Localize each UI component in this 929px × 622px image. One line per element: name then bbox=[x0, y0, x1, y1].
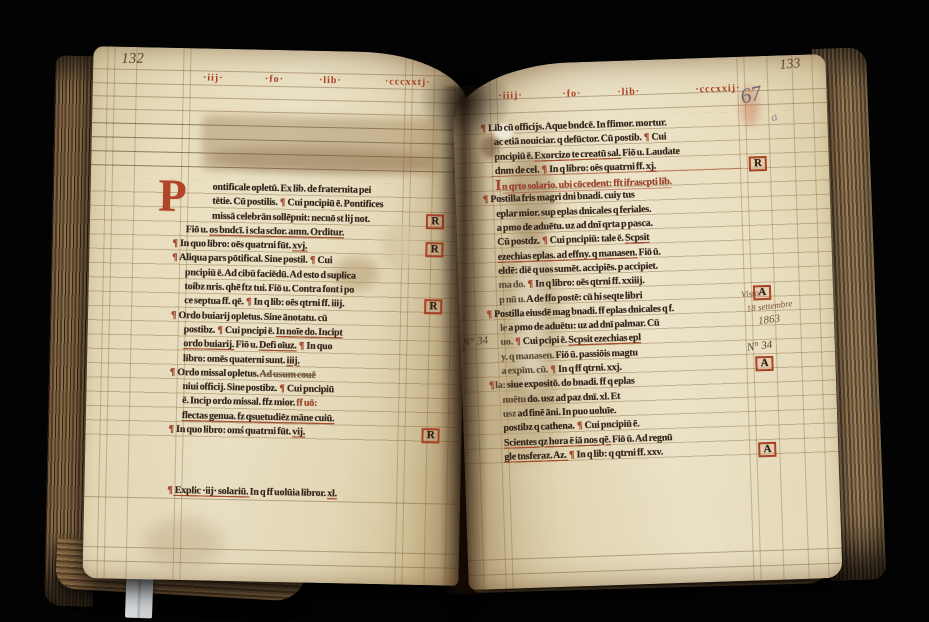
folio-header-item: ·lib· bbox=[319, 75, 342, 86]
text-segment: uo. bbox=[500, 337, 514, 348]
text-segment: Aliqua pars pōtifical. Sine postil. bbox=[178, 252, 309, 266]
paraph-mark: ¶ bbox=[170, 367, 175, 378]
text-segment: Fiō u. Laudate bbox=[621, 145, 680, 158]
text-segment: Scpsit ezechias epl bbox=[568, 333, 641, 346]
page-number-left: 132 bbox=[121, 51, 144, 68]
text-segment: Fiō u. bbox=[186, 224, 210, 235]
text-segment: xvj. bbox=[292, 241, 307, 252]
paraph-mark: ¶ bbox=[246, 297, 251, 308]
text-segment: pncipiū ē. bbox=[494, 150, 534, 162]
text-segment: ce septua ff. qē. bbox=[184, 295, 245, 307]
text-segment: os bndcī. i scla sclor. amn. Orditur. bbox=[209, 224, 344, 238]
paraph-mark: ¶ bbox=[569, 449, 575, 460]
paraph-mark: ¶ bbox=[167, 485, 172, 496]
text-segment: gle tnsferaz. Az. bbox=[504, 450, 568, 463]
text-segment bbox=[297, 341, 299, 352]
text-segment: Exorcizo te creatū sal. bbox=[534, 147, 621, 161]
text-segment: Ordo buiarij opletus. Sine ānotatu. cū bbox=[177, 310, 327, 324]
text-segment: postibz q cathena. bbox=[503, 421, 576, 434]
text-segment: In q libro: oēs qtrni ff. xxiiij. bbox=[534, 275, 645, 290]
text-segment: xl. bbox=[327, 488, 337, 499]
text-segment: In q ff qtrni. xxj. bbox=[557, 362, 623, 375]
paraph-mark: ¶ bbox=[172, 252, 177, 263]
text-segment: Fiō ū. bbox=[637, 246, 661, 258]
folio-header-item: ·fo· bbox=[562, 88, 581, 100]
folio-header-item: ·iij· bbox=[203, 72, 224, 83]
folio-header-item: ·fo· bbox=[265, 74, 284, 85]
text-segment: ordo buiarij. bbox=[183, 338, 234, 350]
text-segment: do. usz ad paz dnī. xl. Et bbox=[527, 391, 620, 405]
right-page-text: ¶ Lib cū officijs. Aque bndcē. In ffimor… bbox=[493, 114, 750, 465]
explicit-line: ¶ Explic ·iij· solariū. In q ff uolūia l… bbox=[180, 484, 440, 504]
text-segment: postibz. bbox=[184, 324, 217, 336]
paraph-mark: ¶ bbox=[171, 309, 176, 320]
text-segment: a expīm. cū. bbox=[501, 364, 549, 377]
text-segment: Fiō ū. passiōis magtu bbox=[555, 347, 638, 361]
text-segment: nuētu bbox=[502, 394, 527, 406]
text-segment: ad finē āni. In puo uoluīe. bbox=[517, 405, 616, 419]
text-segment: Fiō u. bbox=[234, 339, 259, 351]
paraph-mark: ¶ bbox=[550, 364, 556, 375]
text-segment: ontificale opletū. Ex lib. de fraternita… bbox=[213, 182, 372, 196]
paraph-mark: ¶ bbox=[168, 424, 173, 435]
text-segment: Cū postdz. bbox=[497, 236, 541, 248]
text-segment: Cui pncipiū: tale ē. bbox=[548, 233, 625, 247]
text-segment: Cui pncipi ē. bbox=[224, 325, 276, 337]
paraph-mark: ¶ bbox=[279, 383, 284, 394]
text-segment: iiij. bbox=[286, 355, 299, 366]
paraph-mark: ¶ bbox=[577, 420, 583, 431]
paraph-mark: ¶ bbox=[172, 238, 177, 249]
text-segment: tētie. Cū postilis. bbox=[212, 196, 279, 208]
text-segment: dnm de cel. bbox=[495, 164, 541, 177]
text-segment: Cui bbox=[316, 255, 332, 266]
text-segment: flectas genua. fz qsuetudiēz māne cuiū. bbox=[182, 410, 335, 424]
boxed-letter: A bbox=[755, 356, 773, 372]
boxed-letter: R bbox=[749, 156, 767, 172]
gutter-top-shadow bbox=[418, 66, 514, 138]
text-segment: missā celebrān sollēpnit: necnō st lij n… bbox=[212, 210, 370, 224]
paraph-mark: ¶ bbox=[310, 255, 315, 266]
folio-header-item: ·lib· bbox=[617, 86, 640, 98]
boxed-letter: R bbox=[422, 428, 440, 443]
text-segment: la: bbox=[495, 380, 507, 391]
paraph-mark: ¶ bbox=[515, 337, 521, 348]
gutter-shadow bbox=[440, 86, 488, 594]
text-line: ¶ Explic ·iij· solariū. In q ff uolūia l… bbox=[180, 484, 440, 504]
text-segment: Fiō ū. Ad regnū bbox=[610, 432, 672, 445]
text-segment: Cui pncipiū ē. Pontifices bbox=[286, 197, 383, 210]
text-segment: vij. bbox=[292, 426, 305, 437]
rubricated-initial-P: P bbox=[158, 176, 187, 217]
text-segment: Cui bbox=[650, 132, 667, 144]
paraph-mark: ¶ bbox=[489, 380, 495, 391]
text-segment: Ad usum couē bbox=[259, 369, 315, 381]
text-segment: libro: omēs quaterni sunt. bbox=[183, 353, 287, 366]
folio-header-item: ·cccxxij· bbox=[695, 83, 740, 95]
text-segment: ff uō: bbox=[296, 398, 317, 409]
text-segment: Cui pncipiū bbox=[286, 383, 335, 395]
left-page: 132 ·iij· ·fo· ·lib· ·cccxxtj· P ontific… bbox=[82, 46, 469, 586]
text-segment: In q libro: oēs quatrni ff. bbox=[548, 161, 646, 175]
left-page-text: ontificale opletū. Ex lib. de fraternita… bbox=[181, 180, 422, 442]
ruling-line bbox=[468, 548, 842, 561]
text-segment: I bbox=[495, 178, 501, 194]
text-segment: In noīe do. Incipt bbox=[276, 326, 343, 338]
text-segment: y. q manasen. bbox=[501, 350, 556, 363]
text-segment: Cui pncipiū ē. bbox=[583, 419, 640, 432]
paraph-mark: ¶ bbox=[299, 341, 304, 352]
paraph-mark: ¶ bbox=[217, 325, 222, 336]
text-segment: pncipiū ē. Ad cibū faciēdū. Ad esto d su… bbox=[185, 267, 356, 282]
text-segment: In quo libro: oēs quatrni fūt. bbox=[179, 238, 293, 251]
text-segment: p nū u. bbox=[499, 294, 526, 306]
margin-note-visto: Visto bbox=[741, 288, 760, 300]
paraph-mark: ¶ bbox=[280, 197, 285, 208]
text-segment: In quo libro: omś quatrni fūt. bbox=[175, 424, 293, 437]
text-segment: Ordo missal opletus. bbox=[176, 367, 260, 380]
text-segment: ma do. bbox=[499, 279, 527, 291]
text-segment: Defi oīuz. bbox=[259, 340, 297, 352]
text-segment: Explic ·iij· solariū. bbox=[173, 485, 249, 498]
paraph-mark: ¶ bbox=[542, 236, 548, 247]
paraph-mark: ¶ bbox=[528, 279, 534, 290]
text-segment: usz bbox=[503, 408, 518, 419]
text-segment: Scientes qz hora ē iā nos qē. bbox=[504, 434, 611, 449]
text-segment: niui officij. Sine postibz. bbox=[182, 381, 278, 394]
paraph-mark: ¶ bbox=[541, 164, 547, 175]
text-segment: In q ff uolūia libror. bbox=[250, 486, 328, 499]
boxed-letter: A bbox=[758, 442, 776, 458]
paraph-mark: ¶ bbox=[644, 132, 650, 143]
text-segment: A de ffo postē: cū hi seqte libri bbox=[526, 290, 642, 305]
text-segment: toibz nris. qhē ftz tui. Fiō u. Contra f… bbox=[184, 281, 354, 296]
manuscript-photo: 132 ·iij· ·fo· ·lib· ·cccxxtj· P ontific… bbox=[0, 0, 929, 622]
text-segment: In q lib: oēs qtrni ff. iiij. bbox=[252, 297, 345, 310]
ruling-line bbox=[468, 563, 842, 576]
text-segment: Cui pcipi ē. bbox=[521, 335, 568, 348]
text-segment: ē. Incip ordo missal. ffz mior. bbox=[182, 396, 296, 409]
text-segment: In quo bbox=[305, 341, 332, 353]
pencil-foliation-number: 67 bbox=[738, 81, 764, 110]
page-number-right: 133 bbox=[779, 56, 801, 74]
text-segment: Scpsit bbox=[625, 232, 650, 244]
text-segment: In q lib: q qtrni ff. xxv. bbox=[575, 446, 663, 460]
text-segment: xj. bbox=[646, 161, 657, 172]
